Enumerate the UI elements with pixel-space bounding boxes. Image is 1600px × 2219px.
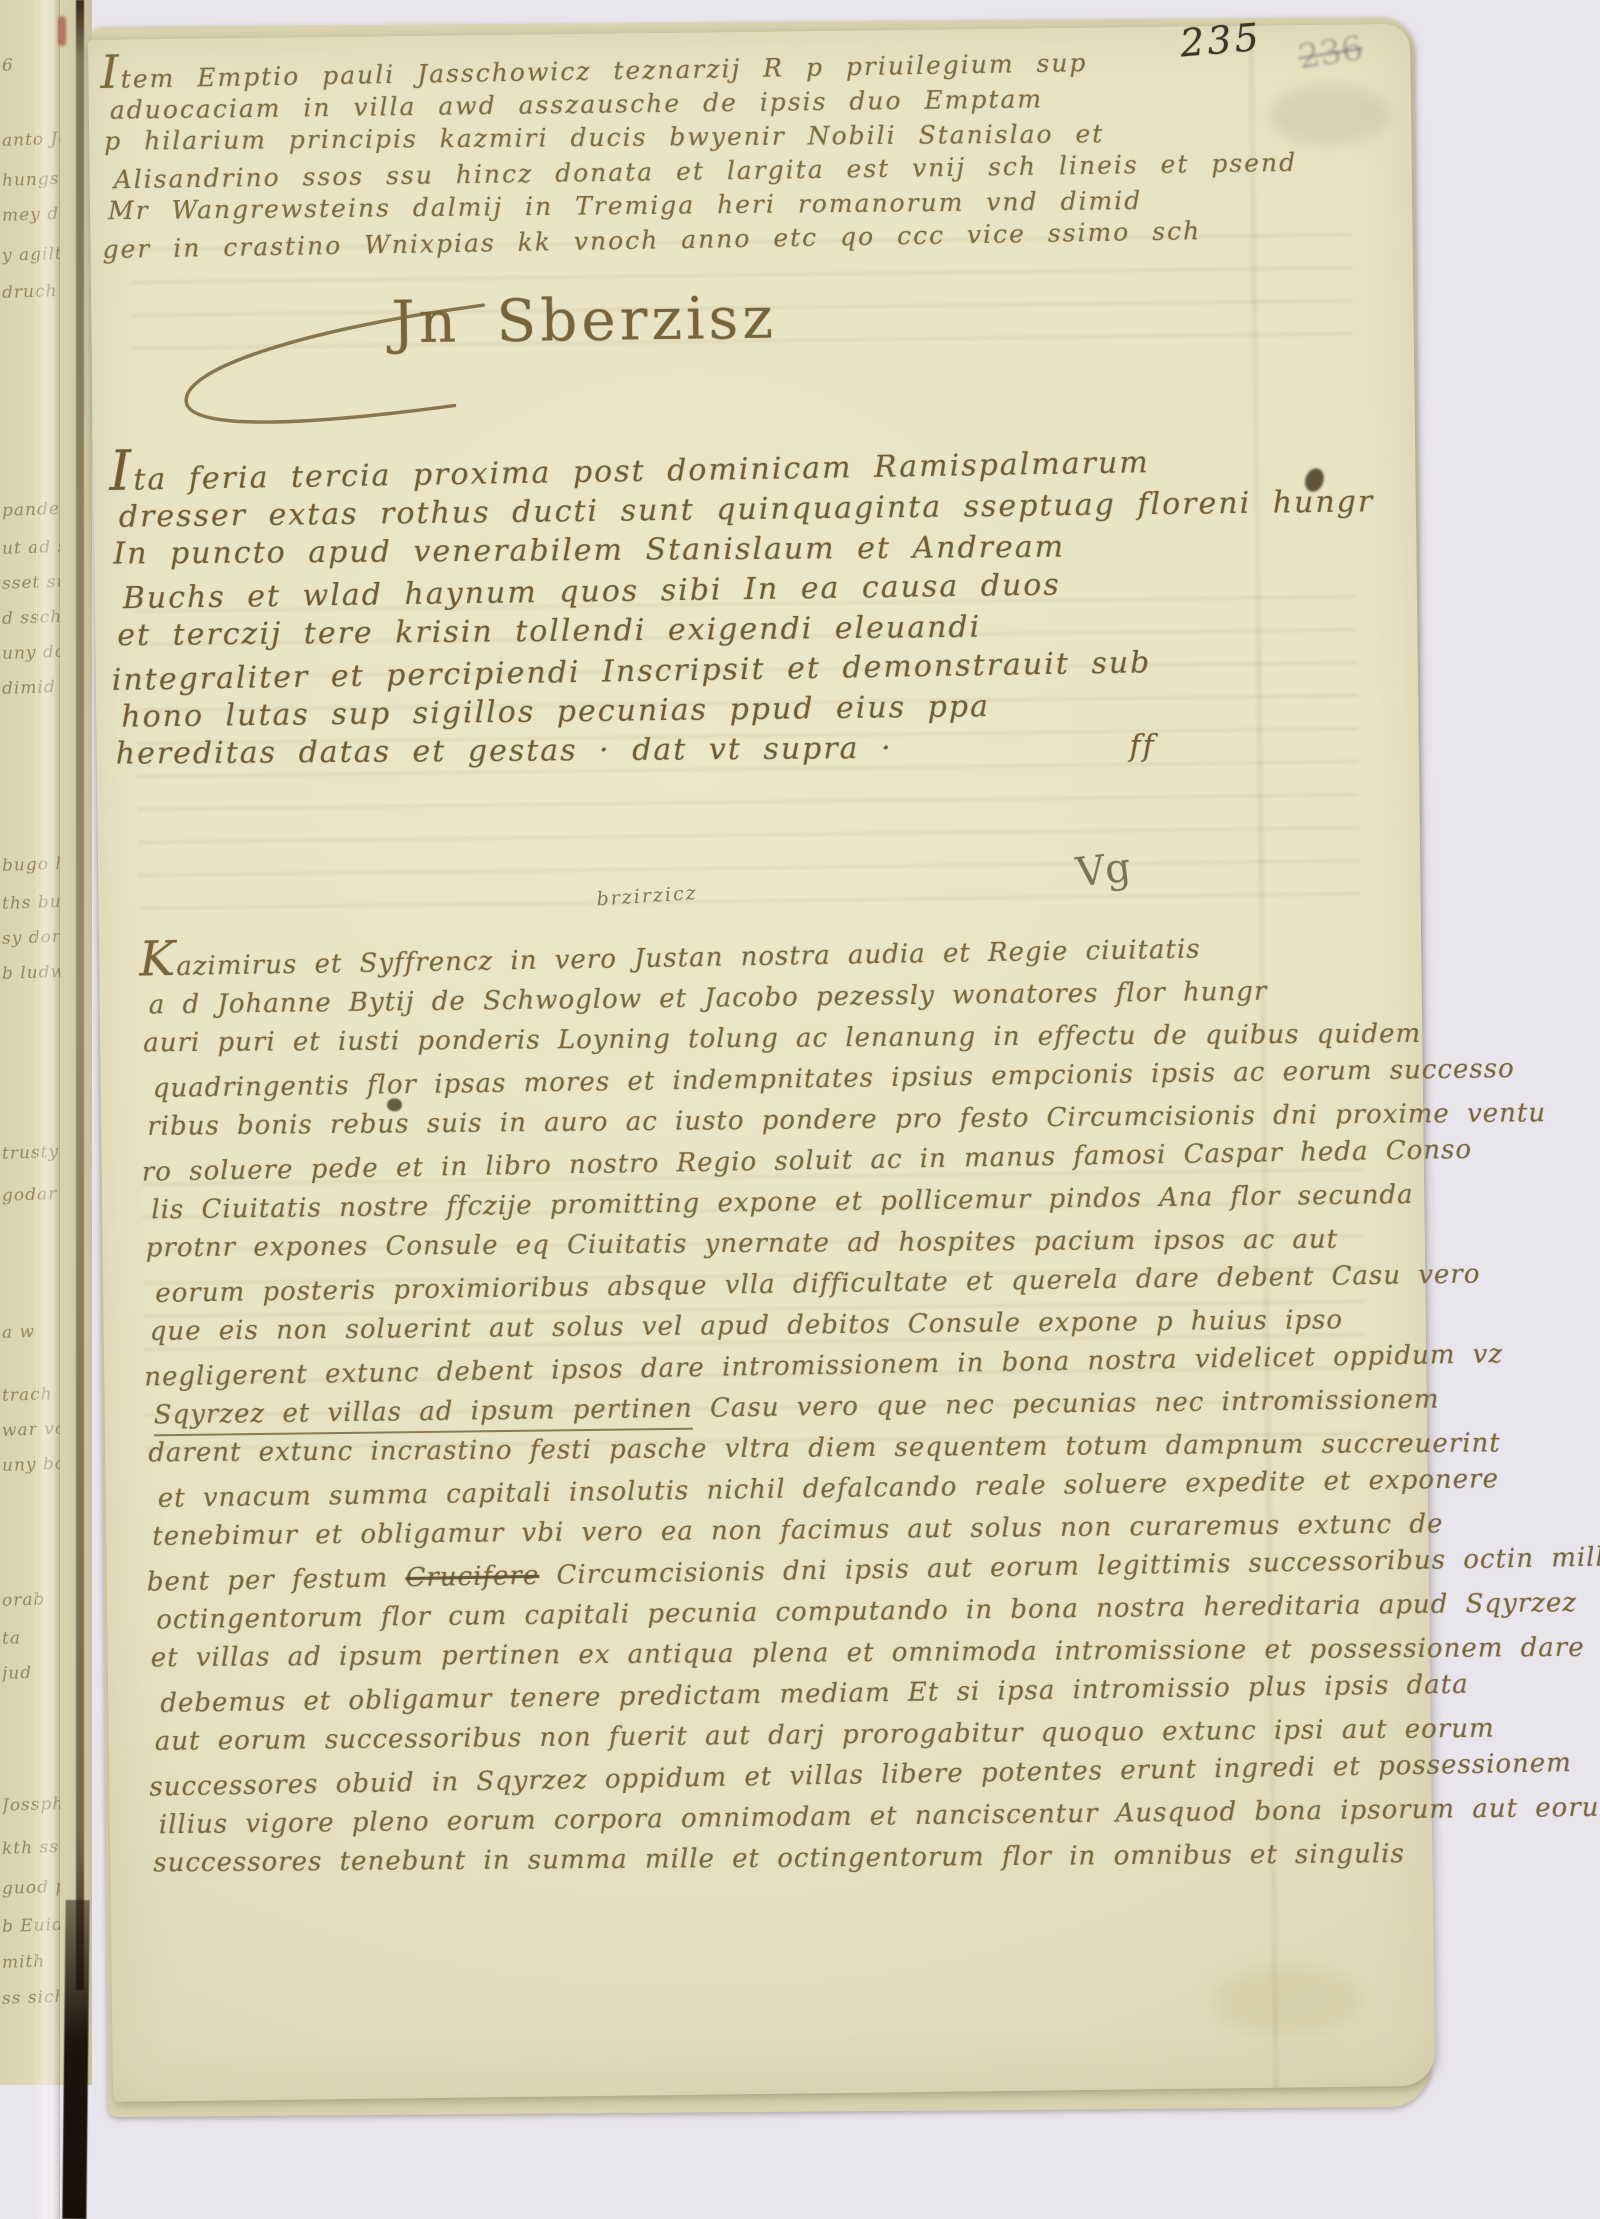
manuscript-line: hereditas datas et gestas · dat vt supra… [116,725,1406,774]
paper-stain [1212,1965,1363,2037]
manuscript-line: successores tenebunt in summa mille et o… [153,1834,1413,1884]
book-spine [62,1900,89,2219]
binding-thread [58,16,66,46]
book-gutter [76,0,84,1990]
entry-2: Ita feria tercia proxima post dominicam … [115,442,1409,778]
main-entry-body: Kazimirus et Syffrencz in vero Justan no… [145,929,1416,1887]
vg-margin-mark: Vg [1074,845,1133,897]
entry-1: Item Emptio pauli Jasschowicz teznarzij … [106,44,1398,264]
manuscript-scan: 6anto Johungsmey dehy agiltdruch dorpand… [0,0,1600,2219]
place-caption: brzirzicz [596,882,698,910]
glass-edge-band [36,0,60,2219]
entry-heading: Jn Sberzisz [391,284,777,357]
manuscript-page: 235 236 Item Emptio pauli Jasschowicz te… [88,24,1435,2102]
